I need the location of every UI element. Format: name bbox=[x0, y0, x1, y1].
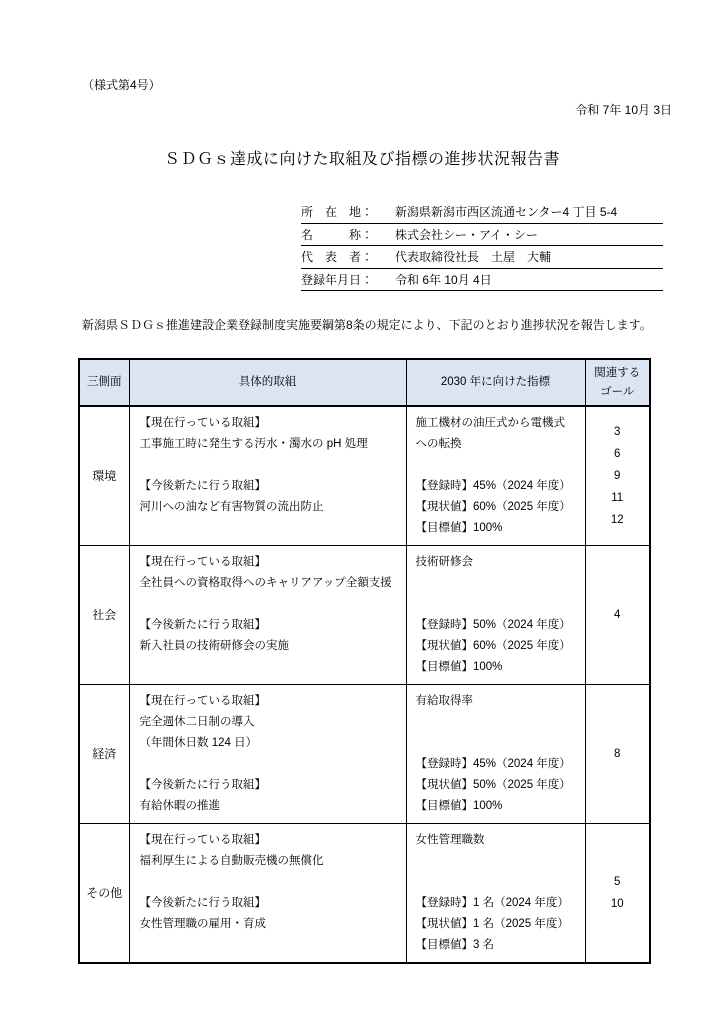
actions-cell: 【現在行っている取組】 工事施工時に発生する汚水・濁水の pH 処理 【今後新た… bbox=[129, 406, 406, 546]
indicator-cell: 女性管理職数 【登録時】1 名（2024 年度） 【現状値】1 名（2025 年… bbox=[406, 824, 585, 964]
table-row-economy: 経済 【現在行っている取組】 完全週休二日制の導入 （年間休日数 124 日） … bbox=[79, 685, 650, 824]
goals-cell: 5 10 bbox=[585, 824, 650, 964]
registration-date-value: 令和 6年 10月 4日 bbox=[387, 271, 663, 288]
company-info-table: 所 在 地： 新潟県新潟市西区流通センター4 丁目 5-4 名 称： 株式会社シ… bbox=[301, 201, 663, 291]
progress-report-table: 三側面 具体的取組 2030 年に向けた指標 関連する ゴール 環境 【現在行っ… bbox=[78, 358, 651, 964]
company-representative-label: 代 表 者： bbox=[301, 248, 387, 265]
page-title: ＳＤＧｓ達成に向けた取組及び指標の進捗状況報告書 bbox=[0, 146, 724, 169]
table-header-row: 三側面 具体的取組 2030 年に向けた指標 関連する ゴール bbox=[79, 359, 650, 406]
goals-cell: 3 6 9 11 12 bbox=[585, 406, 650, 546]
actions-cell: 【現在行っている取組】 福利厚生による自動販売機の無償化 【今後新たに行う取組】… bbox=[129, 824, 406, 964]
goals-cell: 8 bbox=[585, 685, 650, 824]
table-row-other: その他 【現在行っている取組】 福利厚生による自動販売機の無償化 【今後新たに行… bbox=[79, 824, 650, 964]
actions-cell: 【現在行っている取組】 完全週休二日制の導入 （年間休日数 124 日） 【今後… bbox=[129, 685, 406, 824]
aspect-cell: 経済 bbox=[79, 685, 129, 824]
column-header-indicator: 2030 年に向けた指標 bbox=[406, 359, 585, 406]
table-row-social: 社会 【現在行っている取組】 全社員への資格取得へのキャリアアップ全額支援 【今… bbox=[79, 546, 650, 685]
company-name-value: 株式会社シー・アイ・シー bbox=[387, 226, 663, 243]
column-header-goals: 関連する ゴール bbox=[585, 359, 650, 406]
aspect-cell: 環境 bbox=[79, 406, 129, 546]
statement-text: 新潟県ＳＤＧｓ推進建設企業登録制度実施要綱第8条の規定により、下記のとおり進捗状… bbox=[82, 317, 682, 333]
indicator-cell: 有給取得率 【登録時】45%（2024 年度） 【現状値】50%（2025 年度… bbox=[406, 685, 585, 824]
aspect-cell: 社会 bbox=[79, 546, 129, 685]
report-date: 令和 7年 10月 3日 bbox=[575, 103, 672, 118]
company-address-label: 所 在 地： bbox=[301, 203, 387, 220]
indicator-cell: 施工機材の油圧式から電機式への転換 【登録時】45%（2024 年度） 【現状値… bbox=[406, 406, 585, 546]
column-header-aspect: 三側面 bbox=[79, 359, 129, 406]
column-header-actions: 具体的取組 bbox=[129, 359, 406, 406]
goals-cell: 4 bbox=[585, 546, 650, 685]
company-representative-value: 代表取締役社長 土屋 大輔 bbox=[387, 248, 663, 265]
aspect-cell: その他 bbox=[79, 824, 129, 964]
company-info-row-name: 名 称： 株式会社シー・アイ・シー bbox=[301, 224, 663, 247]
actions-cell: 【現在行っている取組】 全社員への資格取得へのキャリアアップ全額支援 【今後新た… bbox=[129, 546, 406, 685]
registration-date-label: 登録年月日： bbox=[301, 271, 387, 288]
indicator-cell: 技術研修会 【登録時】50%（2024 年度） 【現状値】60%（2025 年度… bbox=[406, 546, 585, 685]
company-name-label: 名 称： bbox=[301, 226, 387, 243]
form-number: （様式第4号） bbox=[82, 78, 161, 93]
table-row-environment: 環境 【現在行っている取組】 工事施工時に発生する汚水・濁水の pH 処理 【今… bbox=[79, 406, 650, 546]
company-address-value: 新潟県新潟市西区流通センター4 丁目 5-4 bbox=[387, 203, 663, 220]
company-info-row-registration-date: 登録年月日： 令和 6年 10月 4日 bbox=[301, 269, 663, 292]
company-info-row-address: 所 在 地： 新潟県新潟市西区流通センター4 丁目 5-4 bbox=[301, 201, 663, 224]
company-info-row-representative: 代 表 者： 代表取締役社長 土屋 大輔 bbox=[301, 246, 663, 269]
document-page: （様式第4号） 令和 7年 10月 3日 ＳＤＧｓ達成に向けた取組及び指標の進捗… bbox=[0, 0, 724, 1024]
